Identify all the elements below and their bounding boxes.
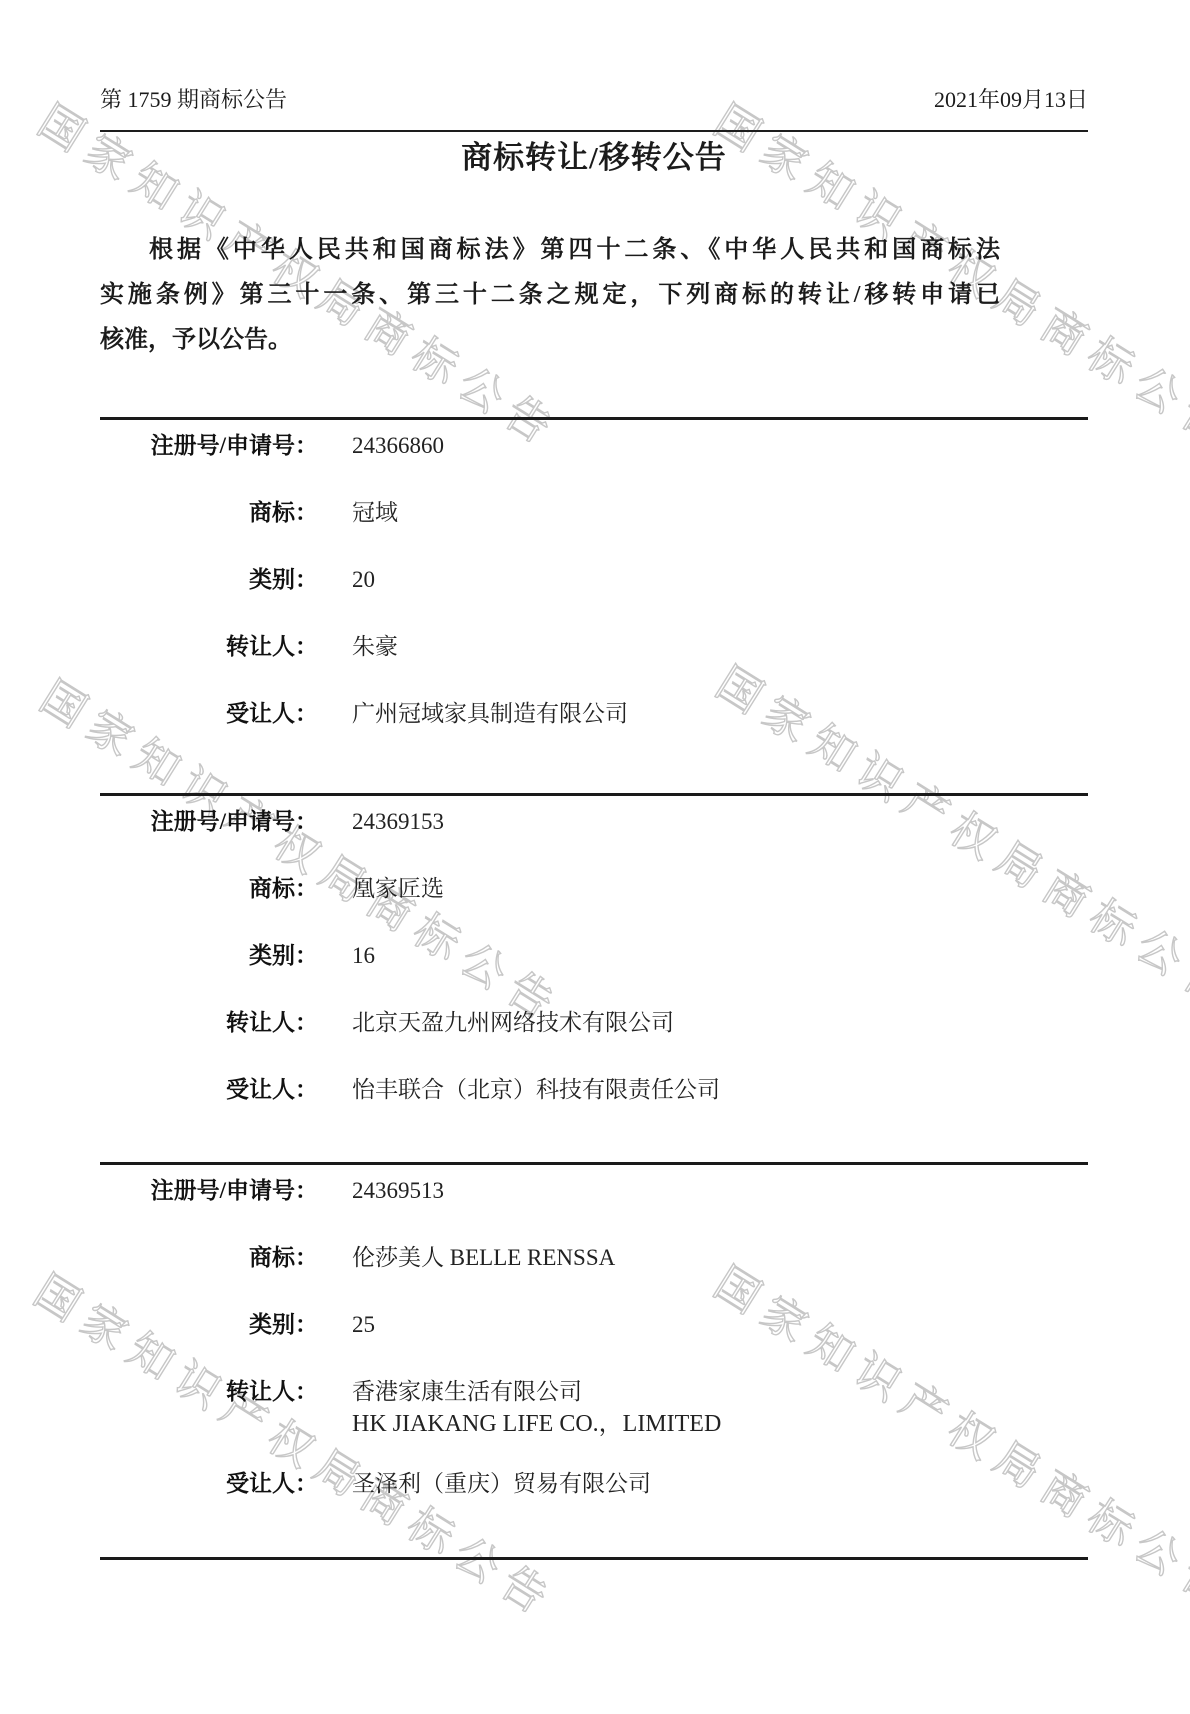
field-reg-no: 注册号/申请号： 24369153 <box>100 808 1088 835</box>
field-reg-no-label: 注册号/申请号： <box>100 1177 318 1204</box>
field-assignee: 受让人： 广州冠域家具制造有限公司 <box>100 700 1088 727</box>
header-divider <box>100 130 1088 132</box>
field-trademark-label: 商标： <box>100 1244 318 1271</box>
field-reg-no-value: 24369513 <box>352 1177 444 1204</box>
field-class-label: 类别： <box>100 566 318 593</box>
field-assignor-value: 北京天盈九州网络技术有限公司 <box>352 1009 674 1036</box>
field-class-value: 20 <box>352 566 375 593</box>
page-header: 第 1759 期商标公告 2021年09月13日 <box>100 0 1088 114</box>
field-class-value: 25 <box>352 1311 375 1338</box>
field-trademark-label: 商标： <box>100 499 318 526</box>
page-title: 商标转让/移转公告 <box>100 139 1088 177</box>
field-class-value: 16 <box>352 942 375 969</box>
field-reg-no: 注册号/申请号： 24366860 <box>100 432 1088 459</box>
field-trademark: 商标： 凰家匠选 <box>100 875 1088 902</box>
trademark-record: 注册号/申请号： 24369513 商标： 伦莎美人 BELLE RENSSA … <box>100 1162 1088 1497</box>
field-assignee-value: 广州冠域家具制造有限公司 <box>352 700 628 727</box>
page-content: 第 1759 期商标公告 2021年09月13日 商标转让/移转公告 根据《中华… <box>100 0 1088 1560</box>
field-assignor: 转让人： 香港家康生活有限公司 HK JIAKANG LIFE CO.，LIMI… <box>100 1378 1088 1443</box>
field-reg-no-value: 24369153 <box>352 808 444 835</box>
gazette-page: 国家知识产权局商标公告 国家知识产权局商标公告 国家知识产权局商标公告 国家知识… <box>0 0 1190 1714</box>
intro-line: 核准，予以公告。 <box>100 318 1000 363</box>
field-assignor-value: 朱豪 <box>352 633 398 660</box>
field-assignor: 转让人： 朱豪 <box>100 633 1088 660</box>
field-trademark: 商标： 冠域 <box>100 499 1088 526</box>
field-assignor-label: 转让人： <box>100 1378 318 1405</box>
field-assignee: 受让人： 圣泽利（重庆）贸易有限公司 <box>100 1470 1088 1497</box>
field-assignee-label: 受让人： <box>100 1470 318 1497</box>
intro-line: 根据《中华人民共和国商标法》第四十二条、《中华人民共和国商标法 <box>100 228 1000 273</box>
field-class: 类别： 16 <box>100 942 1088 969</box>
field-trademark-value: 冠域 <box>352 499 398 526</box>
field-assignor-value: 香港家康生活有限公司 HK JIAKANG LIFE CO.，LIMITED <box>352 1378 721 1443</box>
field-reg-no-value: 24366860 <box>352 432 444 459</box>
field-assignee-value: 怡丰联合（北京）科技有限责任公司 <box>352 1076 720 1103</box>
field-assignor-label: 转让人： <box>100 1009 318 1036</box>
gazette-issue-number: 第 1759 期商标公告 <box>100 86 287 114</box>
field-assignee-label: 受让人： <box>100 1076 318 1103</box>
field-trademark: 商标： 伦莎美人 BELLE RENSSA <box>100 1244 1088 1271</box>
field-reg-no-label: 注册号/申请号： <box>100 808 318 835</box>
intro-line: 实施条例》第三十一条、第三十二条之规定，下列商标的转让/移转申请已 <box>100 273 1000 318</box>
field-assignee: 受让人： 怡丰联合（北京）科技有限责任公司 <box>100 1076 1088 1103</box>
gazette-date: 2021年09月13日 <box>934 86 1088 114</box>
intro-paragraph: 根据《中华人民共和国商标法》第四十二条、《中华人民共和国商标法 实施条例》第三十… <box>100 228 1000 363</box>
trademark-record: 注册号/申请号： 24369153 商标： 凰家匠选 类别： 16 转让人： 北… <box>100 793 1088 1103</box>
field-assignee-label: 受让人： <box>100 700 318 727</box>
trademark-record: 注册号/申请号： 24366860 商标： 冠域 类别： 20 转让人： 朱豪 … <box>100 417 1088 727</box>
field-assignor-label: 转让人： <box>100 633 318 660</box>
bottom-divider <box>100 1557 1088 1560</box>
field-reg-no: 注册号/申请号： 24369513 <box>100 1177 1088 1204</box>
field-assignor: 转让人： 北京天盈九州网络技术有限公司 <box>100 1009 1088 1036</box>
field-trademark-value: 伦莎美人 BELLE RENSSA <box>352 1244 615 1271</box>
field-trademark-label: 商标： <box>100 875 318 902</box>
field-class: 类别： 20 <box>100 566 1088 593</box>
assignor-name-cn: 香港家康生活有限公司 <box>352 1378 721 1405</box>
field-reg-no-label: 注册号/申请号： <box>100 432 318 459</box>
field-class-label: 类别： <box>100 942 318 969</box>
field-trademark-value: 凰家匠选 <box>352 875 444 902</box>
field-class: 类别： 25 <box>100 1311 1088 1338</box>
field-class-label: 类别： <box>100 1311 318 1338</box>
field-assignee-value: 圣泽利（重庆）贸易有限公司 <box>352 1470 651 1497</box>
assignor-name-en: HK JIAKANG LIFE CO.，LIMITED <box>352 1405 721 1443</box>
